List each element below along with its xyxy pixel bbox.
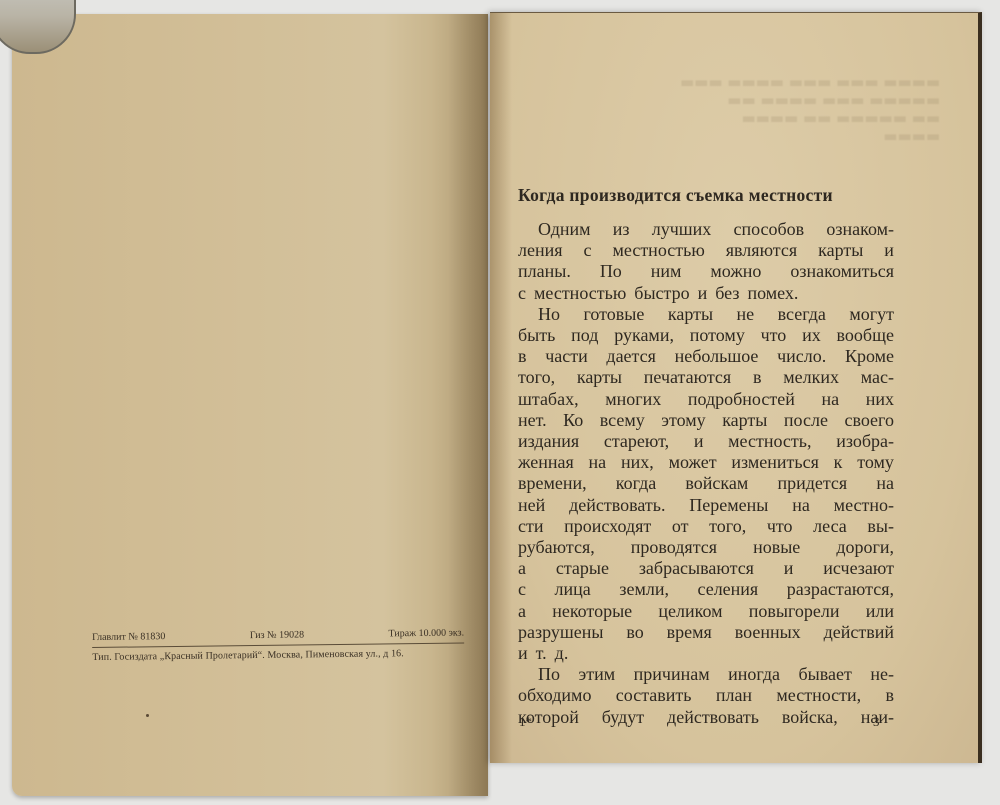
word: во [626, 622, 643, 643]
word: к [834, 452, 843, 473]
word: обходимо [518, 685, 591, 706]
word: из [613, 219, 630, 240]
word: т. [536, 643, 547, 664]
word: может [669, 452, 717, 473]
word: и [694, 431, 704, 452]
word: По [538, 664, 560, 685]
word: без [715, 283, 739, 304]
word: земли, [619, 579, 669, 600]
word: с [518, 283, 526, 304]
word: Перемены [689, 495, 768, 516]
word: карты [722, 410, 767, 431]
word: готовые [583, 304, 644, 325]
word: с [518, 579, 526, 600]
word: вы- [867, 516, 894, 537]
word: в [886, 685, 895, 706]
word: происходят [564, 516, 651, 537]
word: По [600, 261, 622, 282]
word: действовать [667, 707, 759, 728]
word: повыгорели [749, 601, 840, 622]
word: дороги, [836, 537, 894, 558]
word: разрушены [518, 622, 603, 643]
text-line: ит.д. [518, 643, 894, 664]
word: штабах, [518, 389, 579, 410]
word: рубаются, [518, 537, 595, 558]
word: не- [870, 664, 894, 685]
word: а [518, 558, 526, 579]
right-page: ▬▬▬ ▬▬▬▬ ▬▬▬ ▬▬▬ ▬▬▬▬▬▬ ▬▬▬▬ ▬▬▬ ▬▬▬▬▬▬▬… [490, 12, 982, 763]
word: действовать. [569, 495, 665, 516]
word: проводятся [631, 537, 717, 558]
word: в [753, 367, 762, 388]
word: изобра- [836, 431, 894, 452]
text-line: изданиястареют,иместность,изобра- [518, 431, 894, 452]
word: них, [621, 452, 654, 473]
text-line: вчастидаетсянебольшоечисло.Кроме [518, 346, 894, 367]
word: карты [577, 367, 622, 388]
word: местностью [613, 240, 705, 261]
word: времени, [518, 473, 587, 494]
word: печатаются [644, 367, 731, 388]
word: старые [556, 558, 609, 579]
word: потому [690, 325, 745, 346]
left-page: Главлит № 81830 Гиз № 19028 Тираж 10.000… [12, 14, 488, 796]
word: того, [709, 516, 746, 537]
word: леса [813, 516, 847, 537]
word: своего [844, 410, 894, 431]
word: забрасываются [639, 558, 754, 579]
word: издания [518, 431, 579, 452]
word: войскам [685, 473, 748, 494]
page-body: Когда производится съемка местностиОдним… [518, 185, 894, 728]
word: на [792, 495, 810, 516]
word: или [866, 601, 894, 622]
word: и [884, 240, 894, 261]
word: того, [518, 367, 555, 388]
word: иногда [728, 664, 780, 685]
word: когда [616, 473, 656, 494]
word: планы. [518, 261, 571, 282]
text-line: анекоторыецеликомповыгорелиили [518, 601, 894, 622]
word: придется [777, 473, 847, 494]
word: всему [600, 410, 645, 431]
word: быть [518, 325, 555, 346]
word: ознаком- [826, 219, 894, 240]
imprint-row: Главлит № 81830 Гиз № 19028 Тираж 10.000… [92, 627, 464, 648]
word: и [698, 283, 708, 304]
word: от [672, 516, 689, 537]
word: женная [518, 452, 574, 473]
word: вообще [837, 325, 894, 346]
word: помех. [748, 283, 799, 304]
text-line: нет.Ковсемуэтомукартыпослесвоего [518, 410, 894, 431]
word: причинам [634, 664, 710, 685]
text-line: которойбудутдействоватьвойска,наи- [518, 707, 894, 728]
word: можно [710, 261, 761, 282]
word: способов [733, 219, 804, 240]
text-line: обходимосоставитьпланместности,в [518, 685, 894, 706]
signature-mark: 1* [519, 714, 532, 730]
text-line: астарыезабрасываютсяиисчезают [518, 558, 894, 579]
text-line: Ноготовыекартыневсегдамогут [518, 304, 894, 325]
word: в [518, 346, 527, 367]
word: Но [538, 304, 560, 325]
text-line: планы.Понимможноознакомиться [518, 261, 894, 282]
word: этим [579, 664, 616, 685]
text-line: сместностьюбыстроибезпомех. [518, 283, 894, 304]
word: всегда [778, 304, 826, 325]
word: лица [555, 579, 591, 600]
show-through-text: ▬▬▬ ▬▬▬▬ ▬▬▬ ▬▬▬ ▬▬▬▬▬▬ ▬▬▬▬ ▬▬▬ ▬▬▬▬▬▬▬… [520, 73, 940, 145]
word: дается [606, 346, 656, 367]
word: будут [602, 707, 644, 728]
word: ней [518, 495, 545, 516]
giz-number: Гиз № 19028 [250, 629, 304, 641]
word: не [737, 304, 755, 325]
word: ним [651, 261, 682, 282]
word: некоторые [552, 601, 632, 622]
word: ознакомиться [790, 261, 894, 282]
text-line: бытьподруками,потомучтоихвообще [518, 325, 894, 346]
text-line: того,картыпечатаютсявмелкихмас- [518, 367, 894, 388]
word: исчезают [823, 558, 894, 579]
word: составить [616, 685, 692, 706]
word: подробностей [688, 389, 795, 410]
word: разрастаются, [787, 579, 894, 600]
word: могут [849, 304, 894, 325]
word: селения [698, 579, 759, 600]
word: на [589, 452, 607, 473]
word: и [518, 643, 528, 664]
word: местностью [534, 283, 626, 304]
word: многих [605, 389, 661, 410]
word: а [518, 601, 526, 622]
word: стареют, [604, 431, 669, 452]
word: что [761, 325, 787, 346]
word: измениться [731, 452, 818, 473]
text-line: рубаются,проводятсяновыедороги, [518, 537, 894, 558]
word: на [876, 473, 894, 494]
word: руками, [614, 325, 674, 346]
word: Одним [538, 219, 591, 240]
text-line: времени,когдавойскампридетсяна [518, 473, 894, 494]
word: и [784, 558, 794, 579]
word: небольшое [675, 346, 759, 367]
word: с [584, 240, 592, 261]
printer-line: Тип. Госиздата „Красный Пролетарий“. Мос… [92, 647, 464, 663]
glavlit-number: Главлит № 81830 [92, 631, 165, 643]
text-line: женнаянаних,можетизменитьсяктому [518, 452, 894, 473]
word: части [545, 346, 588, 367]
word: бывает [799, 664, 852, 685]
word: план [716, 685, 752, 706]
word: после [784, 410, 828, 431]
word: действий [824, 622, 894, 643]
word: них [866, 389, 894, 410]
word: новые [753, 537, 800, 558]
word: местность, [728, 431, 811, 452]
word: местно- [834, 495, 894, 516]
word: на [821, 389, 839, 410]
paper-speck [146, 714, 149, 717]
word: карты [668, 304, 713, 325]
text-line: стипроисходятоттого,чтолесавы- [518, 516, 894, 537]
word: д. [555, 643, 569, 664]
word: ления [518, 240, 563, 261]
word: их [802, 325, 821, 346]
word: мас- [861, 367, 894, 388]
section-heading: Когда производится съемка местности [518, 185, 894, 206]
word: сти [518, 516, 544, 537]
word: время [667, 622, 712, 643]
text-line: Поэтимпричинаминогдабываетне- [518, 664, 894, 685]
word: Ко [563, 410, 583, 431]
word: мелких [783, 367, 839, 388]
word: целиком [658, 601, 722, 622]
word: этому [661, 410, 705, 431]
word: число. [777, 346, 826, 367]
word: лучших [652, 219, 712, 240]
page-number: 3 [873, 714, 880, 730]
imprint-block: Главлит № 81830 Гиз № 19028 Тираж 10.000… [92, 627, 464, 663]
word: карты [818, 240, 863, 261]
word: под [571, 325, 598, 346]
text-line: лениясместностьюявляютсякартыи [518, 240, 894, 261]
text-line: Однимизлучшихспособовознаком- [518, 219, 894, 240]
word: быстро [634, 283, 689, 304]
word: что [767, 516, 793, 537]
text-line: штабах,многихподробностейнаних [518, 389, 894, 410]
word: Кроме [845, 346, 894, 367]
word: военных [735, 622, 801, 643]
word: тому [857, 452, 894, 473]
text-line: разрушенывовремявоенныхдействий [518, 622, 894, 643]
text-line: нейдействовать.Переменынаместно- [518, 495, 894, 516]
print-run: Тираж 10.000 экз. [388, 627, 464, 639]
word: являются [726, 240, 797, 261]
word: нет. [518, 410, 547, 431]
word: местности, [776, 685, 861, 706]
word: войска, [782, 707, 838, 728]
text-line: слицаземли,селенияразрастаются, [518, 579, 894, 600]
